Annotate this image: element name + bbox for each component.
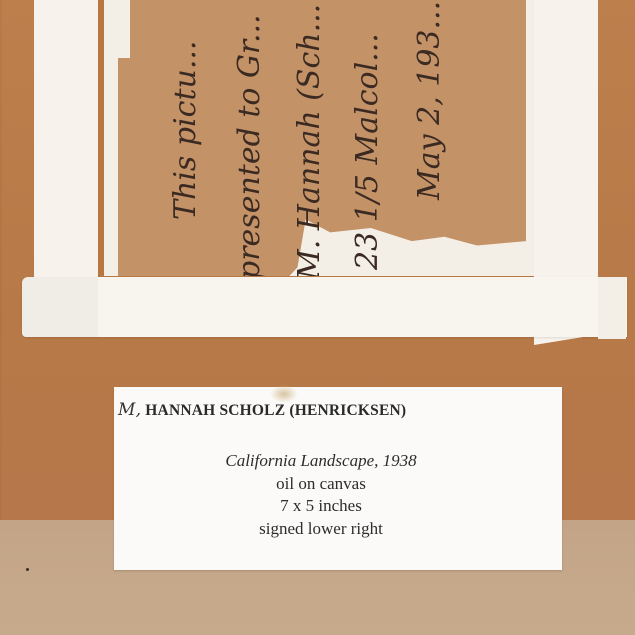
label-details: California Landscape, 1938 oil on canvas… — [114, 450, 528, 540]
tape-strip-end — [598, 277, 626, 339]
note-line-4: 23 1/5 Malcol... — [350, 33, 385, 270]
note-line-2: presented to Gr... — [232, 14, 267, 276]
artwork-signature: signed lower right — [114, 518, 528, 541]
speck — [26, 568, 29, 571]
tape-strip-horizontal — [22, 277, 627, 337]
note-line-1: This pictu... — [168, 41, 203, 220]
handwritten-note: This pictu... presented to Gr... M. Hann… — [160, 0, 520, 276]
label-artist-line: M, HANNAH SCHOLZ (HENRICKSEN) — [118, 400, 558, 420]
tape-overlap — [22, 277, 98, 337]
handwritten-initial: M, — [118, 400, 141, 420]
artwork-dimensions: 7 x 5 inches — [114, 495, 528, 518]
tape-strip-left — [34, 0, 98, 280]
artwork-title: California Landscape, 1938 — [114, 450, 528, 473]
note-line-3: M. Hannah (Sch... — [292, 4, 327, 276]
artwork-medium: oil on canvas — [114, 473, 528, 496]
artist-name: HANNAH SCHOLZ (HENRICKSEN) — [145, 402, 406, 419]
note-line-5: May 2, 193... — [412, 1, 447, 200]
